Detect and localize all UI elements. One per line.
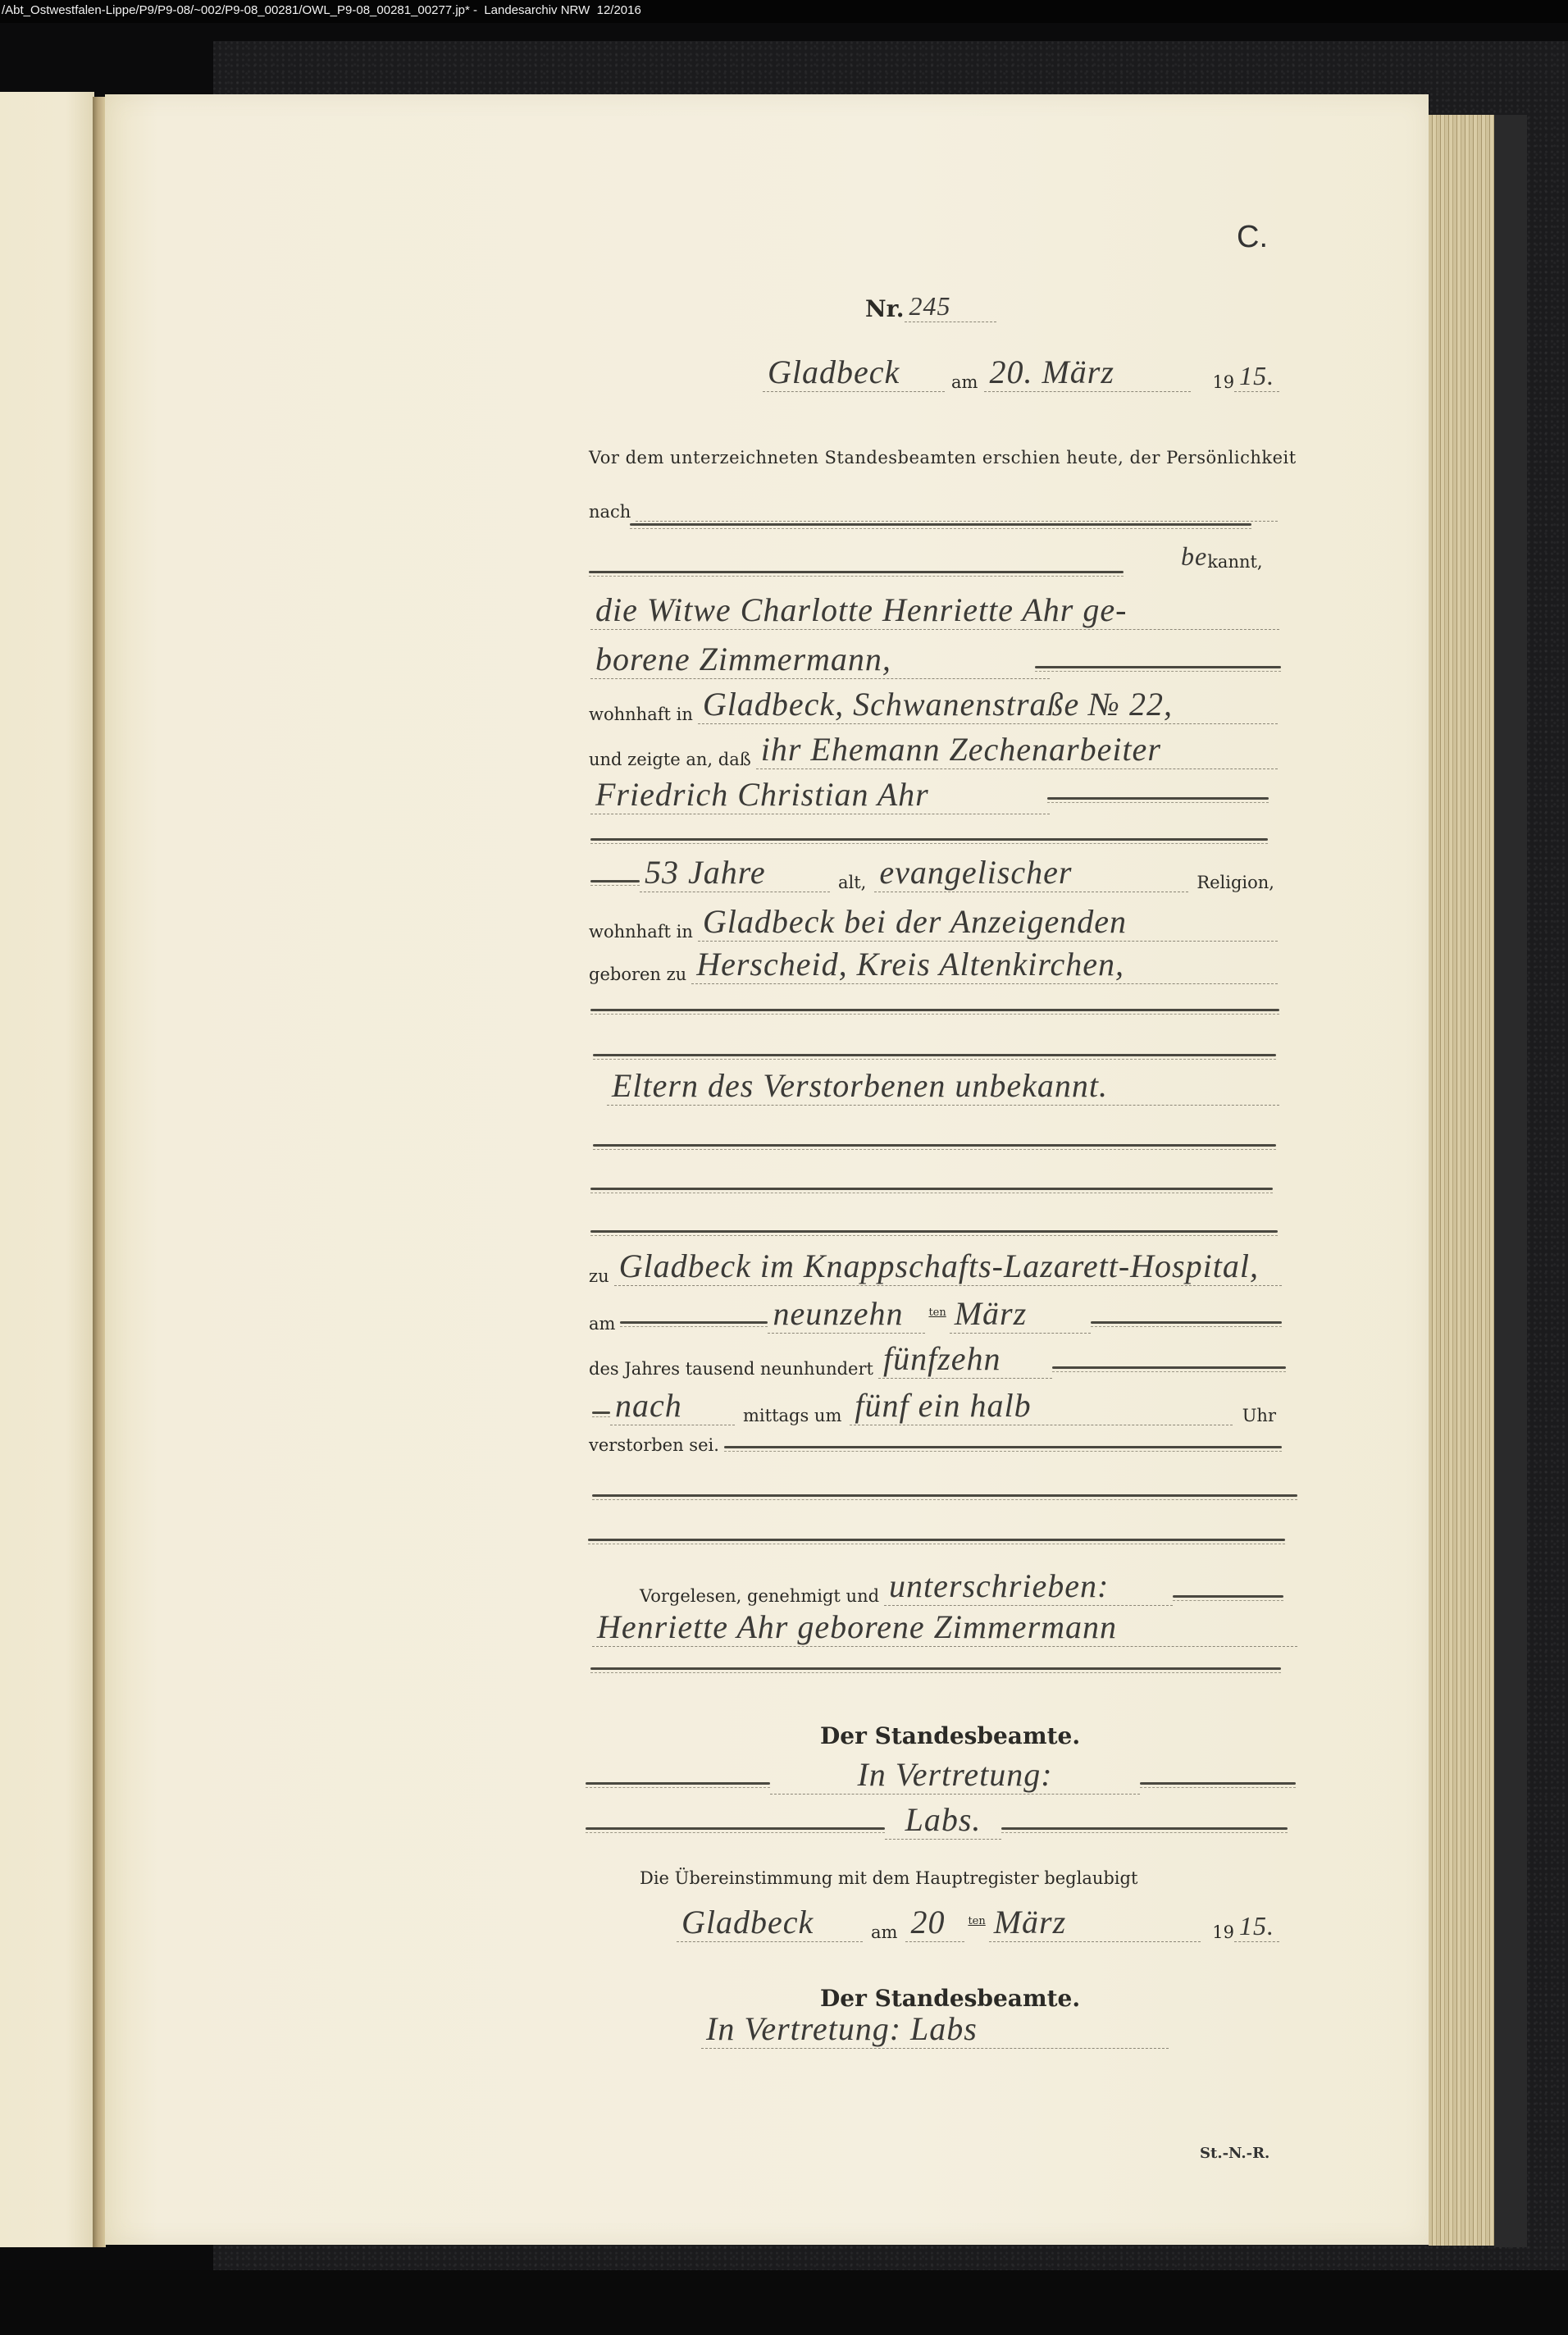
strike-rule bbox=[1047, 797, 1269, 800]
deceased-residence-line: wohnhaft in Gladbeck bei der Anzeigenden bbox=[589, 902, 1278, 942]
cert-year-suffix: 15. bbox=[1234, 1911, 1279, 1942]
death-year-line: des Jahres tausend neunhundert fünfzehn bbox=[589, 1339, 1286, 1379]
verstorben-line: verstorben sei. bbox=[589, 1435, 1282, 1455]
place: Gladbeck bbox=[763, 353, 945, 392]
informant-residence: Gladbeck, Schwanenstraße № 22, bbox=[698, 685, 1278, 724]
am-label: am bbox=[945, 372, 984, 392]
wohnhaft-label: wohnhaft in bbox=[589, 705, 698, 724]
nach-label: nach bbox=[589, 502, 636, 522]
alt-label: alt, bbox=[830, 873, 874, 892]
wohnhaft2-label: wohnhaft in bbox=[589, 922, 698, 942]
informant-name-2: borene Zimmermann, bbox=[590, 640, 1050, 679]
book-binding bbox=[1494, 115, 1527, 2247]
cert-place: Gladbeck bbox=[677, 1903, 863, 1942]
informant-signature-line: Henriette Ahr geborene Zimmermann bbox=[592, 1608, 1297, 1647]
strike-rule bbox=[593, 1054, 1276, 1056]
death-date-line: am neunzehn ten März bbox=[589, 1294, 1282, 1334]
page-edges bbox=[1429, 115, 1494, 2246]
birthplace-line: geboren zu Herscheid, Kreis Altenkirchen… bbox=[589, 945, 1278, 984]
strike-rule bbox=[590, 1188, 1273, 1190]
official-line-2: Labs. bbox=[586, 1800, 1288, 1840]
zu-label: zu bbox=[589, 1266, 614, 1286]
cert-date-line: Gladbeck am 20 ten März 19 15. bbox=[677, 1903, 1279, 1942]
year-suffix: 15. bbox=[1234, 361, 1279, 392]
strike-rule bbox=[630, 523, 1251, 526]
official-signature-1: In Vertretung: bbox=[770, 1755, 1140, 1795]
deceased-line-2: Friedrich Christian Ahr bbox=[590, 775, 1050, 814]
strike-rule bbox=[590, 1230, 1278, 1233]
bekannt-suffix: kannt, bbox=[1207, 552, 1267, 572]
geboren-label: geboren zu bbox=[589, 965, 691, 984]
strike-rule bbox=[590, 838, 1268, 841]
date-value: 20. März bbox=[984, 353, 1191, 392]
age-value: 53 Jahre bbox=[640, 853, 830, 892]
scan-background-bottom bbox=[0, 2270, 1568, 2335]
official-line-1: In Vertretung: bbox=[586, 1755, 1296, 1795]
time-prefix: nach bbox=[610, 1386, 735, 1425]
death-place-line: zu Gladbeck im Knappschafts-Lazarett-Hos… bbox=[589, 1247, 1282, 1286]
nr-label: Nr. bbox=[865, 295, 905, 322]
religion-label: Religion, bbox=[1188, 873, 1279, 892]
informant-signature: Henriette Ahr geborene Zimmermann bbox=[592, 1608, 1297, 1647]
strike-rule bbox=[588, 1539, 1285, 1541]
vorgelesen-line: Vorgelesen, genehmigt und unterschrieben… bbox=[640, 1567, 1283, 1606]
cert-ten: ten bbox=[964, 1915, 988, 1942]
strike-rule bbox=[593, 1144, 1276, 1147]
verstorben-label: verstorben sei. bbox=[589, 1435, 724, 1455]
left-page bbox=[0, 92, 94, 2247]
bekannt-line: be kannt, bbox=[1181, 541, 1268, 572]
cert-am-label: am bbox=[863, 1922, 905, 1942]
bekannt-prefix: be bbox=[1181, 541, 1207, 572]
official-heading: Der Standesbeamte. bbox=[820, 1722, 1080, 1749]
age-religion-line: 53 Jahre alt, evangelischer Religion, bbox=[590, 853, 1279, 892]
strike-rule bbox=[589, 571, 1124, 573]
nr-value: 245 bbox=[905, 291, 996, 322]
ten-suffix: ten bbox=[925, 1307, 949, 1334]
vorgelesen-value: unterschrieben: bbox=[884, 1567, 1173, 1606]
strike-rule bbox=[590, 1009, 1279, 1011]
death-month: März bbox=[950, 1294, 1091, 1334]
death-place: Gladbeck im Knappschafts-Lazarett-Hospit… bbox=[614, 1247, 1282, 1286]
record-number: Nr. 245 bbox=[865, 291, 996, 322]
strike-rule bbox=[590, 1667, 1281, 1670]
jahres-label: des Jahres tausend neunhundert bbox=[589, 1359, 878, 1379]
informant-residence-line: wohnhaft in Gladbeck, Schwanenstraße № 2… bbox=[589, 685, 1278, 724]
deceased-residence: Gladbeck bei der Anzeigenden bbox=[698, 902, 1278, 942]
certification-text: Die Übereinstimmung mit dem Hauptregiste… bbox=[640, 1868, 1142, 1888]
footer-code: St.-N.-R. bbox=[1200, 2145, 1269, 2162]
year-prefix: 19 bbox=[1191, 372, 1234, 392]
uhr-label: Uhr bbox=[1233, 1406, 1281, 1425]
informant-name-1: die Witwe Charlotte Henriette Ahr ge- bbox=[590, 591, 1279, 630]
informant-line-2: borene Zimmermann, bbox=[590, 640, 1050, 679]
birthplace: Herscheid, Kreis Altenkirchen, bbox=[691, 945, 1278, 984]
death-time: fünf ein halb bbox=[850, 1386, 1232, 1425]
nach-line: nach bbox=[589, 502, 1278, 522]
window-title: /Abt_Ostwestfalen-Lippe/P9/P9-08/~002/P9… bbox=[0, 0, 1568, 23]
vorgelesen-label: Vorgelesen, genehmigt und bbox=[640, 1586, 884, 1606]
cert-signature: In Vertretung: Labs bbox=[701, 2009, 1169, 2049]
cert-year-prefix: 19 bbox=[1201, 1922, 1234, 1942]
record-date-line: Gladbeck am 20. März 19 15. bbox=[763, 353, 1288, 392]
cert-signature-line: In Vertretung: Labs bbox=[701, 2009, 1169, 2049]
cert-day: 20 bbox=[905, 1903, 964, 1942]
deceased-line-1: ihr Ehemann Zechenarbeiter bbox=[756, 730, 1278, 769]
parents-text: Eltern des Verstorbenen unbekannt. bbox=[607, 1066, 1279, 1106]
zeigte-label: und zeigte an, daß bbox=[589, 750, 756, 769]
death-day: neunzehn bbox=[768, 1294, 925, 1334]
zeigte-line: und zeigte an, daß ihr Ehemann Zechenarb… bbox=[589, 730, 1278, 769]
informant-line-1: die Witwe Charlotte Henriette Ahr ge- bbox=[590, 591, 1279, 630]
am2-label: am bbox=[589, 1314, 620, 1334]
cert-heading: Der Standesbeamte. bbox=[820, 1985, 1080, 2012]
corner-mark: C. bbox=[1237, 220, 1268, 255]
strike-rule bbox=[1035, 666, 1281, 668]
mittags-label: mittags um bbox=[735, 1406, 850, 1425]
death-year-words: fünfzehn bbox=[878, 1339, 1052, 1379]
book-gutter bbox=[93, 97, 106, 2247]
intro-text: Vor dem unterzeichneten Standesbeamten e… bbox=[589, 448, 1301, 467]
strike-rule bbox=[592, 1494, 1297, 1497]
cert-month: März bbox=[989, 1903, 1201, 1942]
official-signature-2: Labs. bbox=[885, 1800, 1001, 1840]
deceased-name-line: Friedrich Christian Ahr bbox=[590, 775, 1050, 814]
death-time-line: nach mittags um fünf ein halb Uhr bbox=[592, 1386, 1281, 1425]
religion-value: evangelischer bbox=[874, 853, 1188, 892]
parents-line: Eltern des Verstorbenen unbekannt. bbox=[607, 1066, 1279, 1106]
